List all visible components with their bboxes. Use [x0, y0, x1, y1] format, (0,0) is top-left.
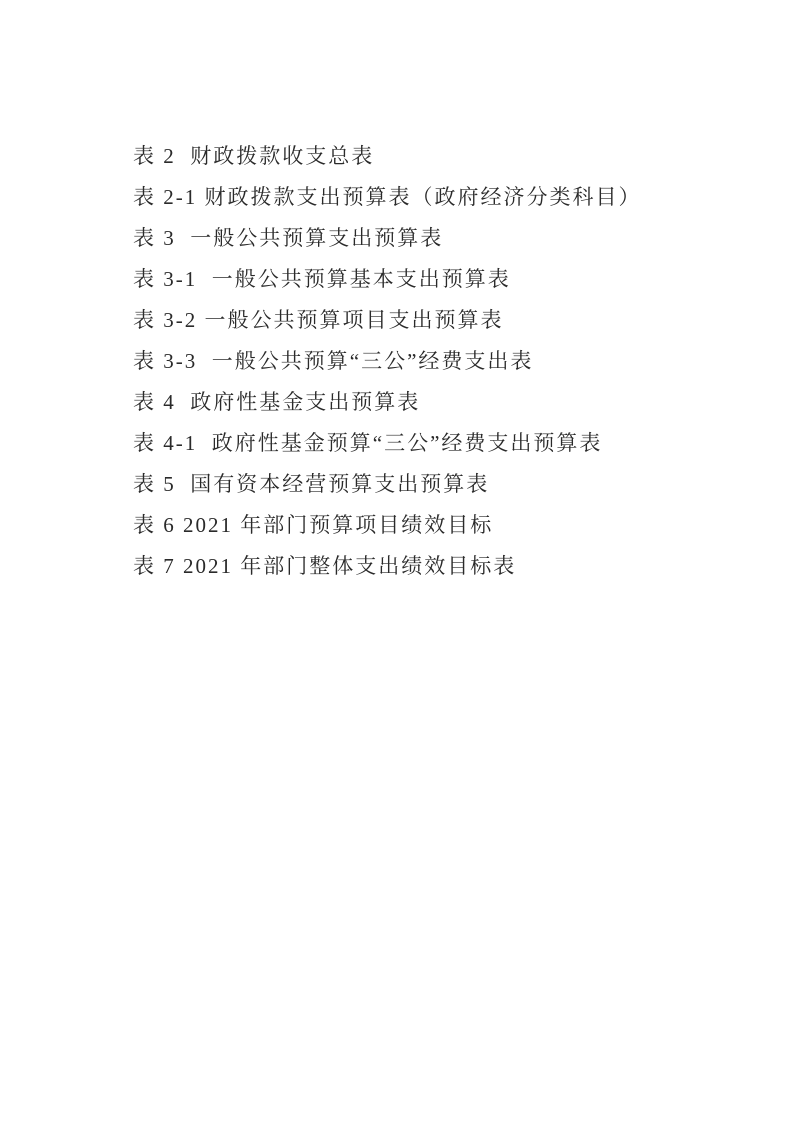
- toc-line-table-3-3: 表 3-3 一般公共预算“三公”经费支出表: [133, 341, 693, 382]
- toc-line-table-2-1: 表 2-1 财政拨款支出预算表（政府经济分类科目）: [133, 177, 693, 218]
- toc-line-table-3-2: 表 3-2 一般公共预算项目支出预算表: [133, 300, 693, 341]
- toc-line-table-3: 表 3 一般公共预算支出预算表: [133, 218, 693, 259]
- toc-line-table-7: 表 7 2021 年部门整体支出绩效目标表: [133, 546, 693, 587]
- toc-line-table-5: 表 5 国有资本经营预算支出预算表: [133, 464, 693, 505]
- toc-line-table-2: 表 2 财政拨款收支总表: [133, 136, 693, 177]
- document-page: 表 2 财政拨款收支总表 表 2-1 财政拨款支出预算表（政府经济分类科目） 表…: [0, 0, 793, 1122]
- toc-line-table-6: 表 6 2021 年部门预算项目绩效目标: [133, 505, 693, 546]
- toc-line-table-4: 表 4 政府性基金支出预算表: [133, 382, 693, 423]
- toc-line-table-3-1: 表 3-1 一般公共预算基本支出预算表: [133, 259, 693, 300]
- toc-line-table-4-1: 表 4-1 政府性基金预算“三公”经费支出预算表: [133, 423, 693, 464]
- table-of-contents: 表 2 财政拨款收支总表 表 2-1 财政拨款支出预算表（政府经济分类科目） 表…: [133, 136, 693, 587]
